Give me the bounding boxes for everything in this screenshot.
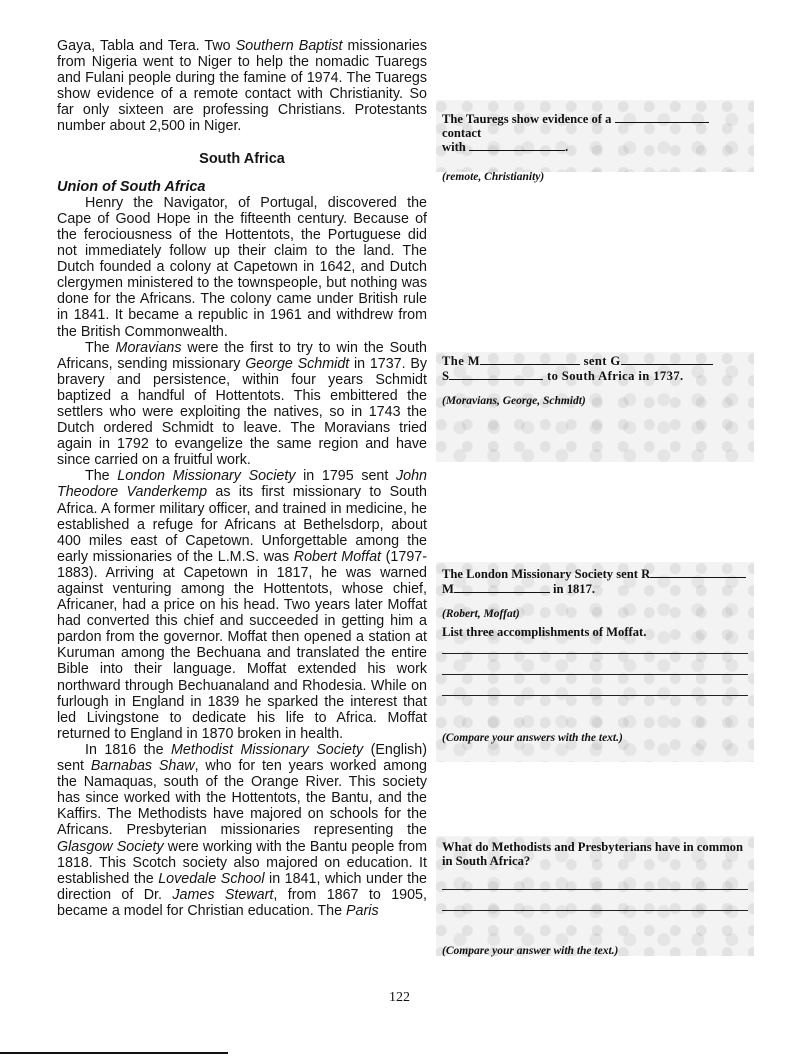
panel-question-accomplishments: List three accomplishments of Moffat. bbox=[442, 626, 748, 640]
main-text-column: Gaya, Tabla and Tera. Two Southern Bapti… bbox=[57, 38, 427, 919]
answer-line[interactable] bbox=[442, 653, 748, 654]
panel-question: The M sent G S to South Africa in 1737. bbox=[442, 354, 748, 383]
fill-blank[interactable] bbox=[650, 567, 746, 578]
study-panel-tuaregs: The Tauregs show evidence of a contact w… bbox=[436, 100, 754, 172]
paragraph-lms: The London Missionary Society in 1795 se… bbox=[57, 468, 427, 742]
panel-answer: (Moravians, George, Schmidt) bbox=[442, 395, 748, 409]
study-panel-moravians: The M sent G S to South Africa in 1737. … bbox=[436, 352, 754, 462]
fill-blank[interactable] bbox=[454, 582, 550, 593]
paragraph-methodist: In 1816 the Methodist Missionary Society… bbox=[57, 742, 427, 919]
study-panel-methodists-presbyterians: What do Methodists and Presbyterians hav… bbox=[436, 836, 754, 956]
panel-question: The Tauregs show evidence of a contact w… bbox=[442, 112, 748, 155]
intro-paragraph: Gaya, Tabla and Tera. Two Southern Bapti… bbox=[57, 38, 427, 135]
panel-answer: (Robert, Moffat) bbox=[442, 608, 748, 622]
panel-answer: (remote, Christianity) bbox=[442, 171, 748, 185]
compare-note: (Compare your answer with the text.) bbox=[442, 945, 748, 959]
fill-blank[interactable] bbox=[449, 369, 543, 380]
sub-heading: Union of South Africa bbox=[57, 179, 427, 195]
paragraph-history: Henry the Navigator, of Portugal, discov… bbox=[57, 195, 427, 340]
panel-question: The London Missionary Society sent R M i… bbox=[442, 567, 748, 596]
document-page: Gaya, Tabla and Tera. Two Southern Bapti… bbox=[0, 0, 799, 1057]
fill-blank[interactable] bbox=[615, 112, 709, 123]
scan-edge-line bbox=[0, 1052, 228, 1054]
section-heading: South Africa bbox=[57, 151, 427, 167]
fill-blank[interactable] bbox=[480, 354, 580, 365]
fill-blank[interactable] bbox=[621, 354, 713, 365]
answer-line[interactable] bbox=[442, 674, 748, 675]
answer-line[interactable] bbox=[442, 910, 748, 911]
fill-blank[interactable] bbox=[469, 140, 565, 151]
compare-note: (Compare your answers with the text.) bbox=[442, 732, 748, 746]
answer-line[interactable] bbox=[442, 695, 748, 696]
answer-line[interactable] bbox=[442, 889, 748, 890]
page-number: 122 bbox=[0, 990, 799, 1006]
study-panel-moffat: The London Missionary Society sent R M i… bbox=[436, 562, 754, 762]
paragraph-moravians: The Moravians were the first to try to w… bbox=[57, 340, 427, 469]
panel-question: What do Methodists and Presbyterians hav… bbox=[442, 841, 748, 868]
